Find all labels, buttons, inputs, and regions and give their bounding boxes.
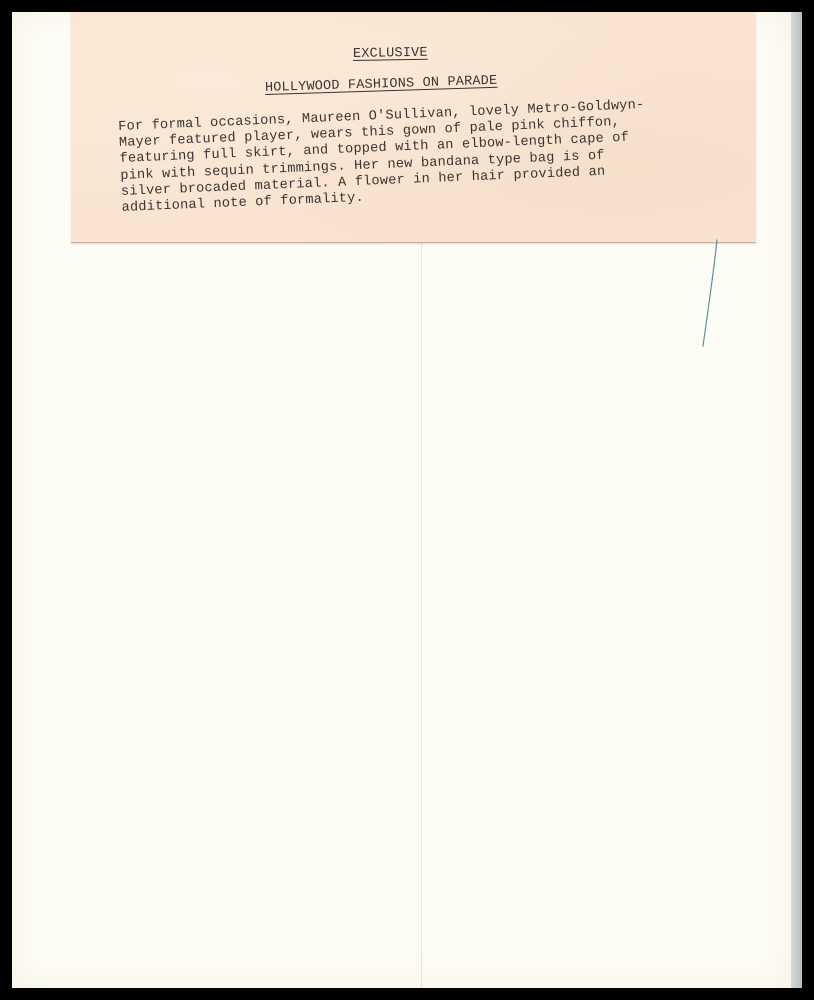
kicker-label: EXCLUSIVE: [353, 46, 428, 62]
backing-paper: EXCLUSIVE HOLLYWOOD FASHIONS ON PARADE F…: [12, 12, 791, 988]
press-clipping: EXCLUSIVE HOLLYWOOD FASHIONS ON PARADE F…: [71, 12, 756, 243]
caption-body: For formal occasions, Maureen O'Sullivan…: [118, 93, 762, 217]
scanner-edge-strip: [790, 12, 802, 988]
headline: HOLLYWOOD FASHIONS ON PARADE: [265, 74, 498, 96]
fold-line: [421, 240, 422, 988]
